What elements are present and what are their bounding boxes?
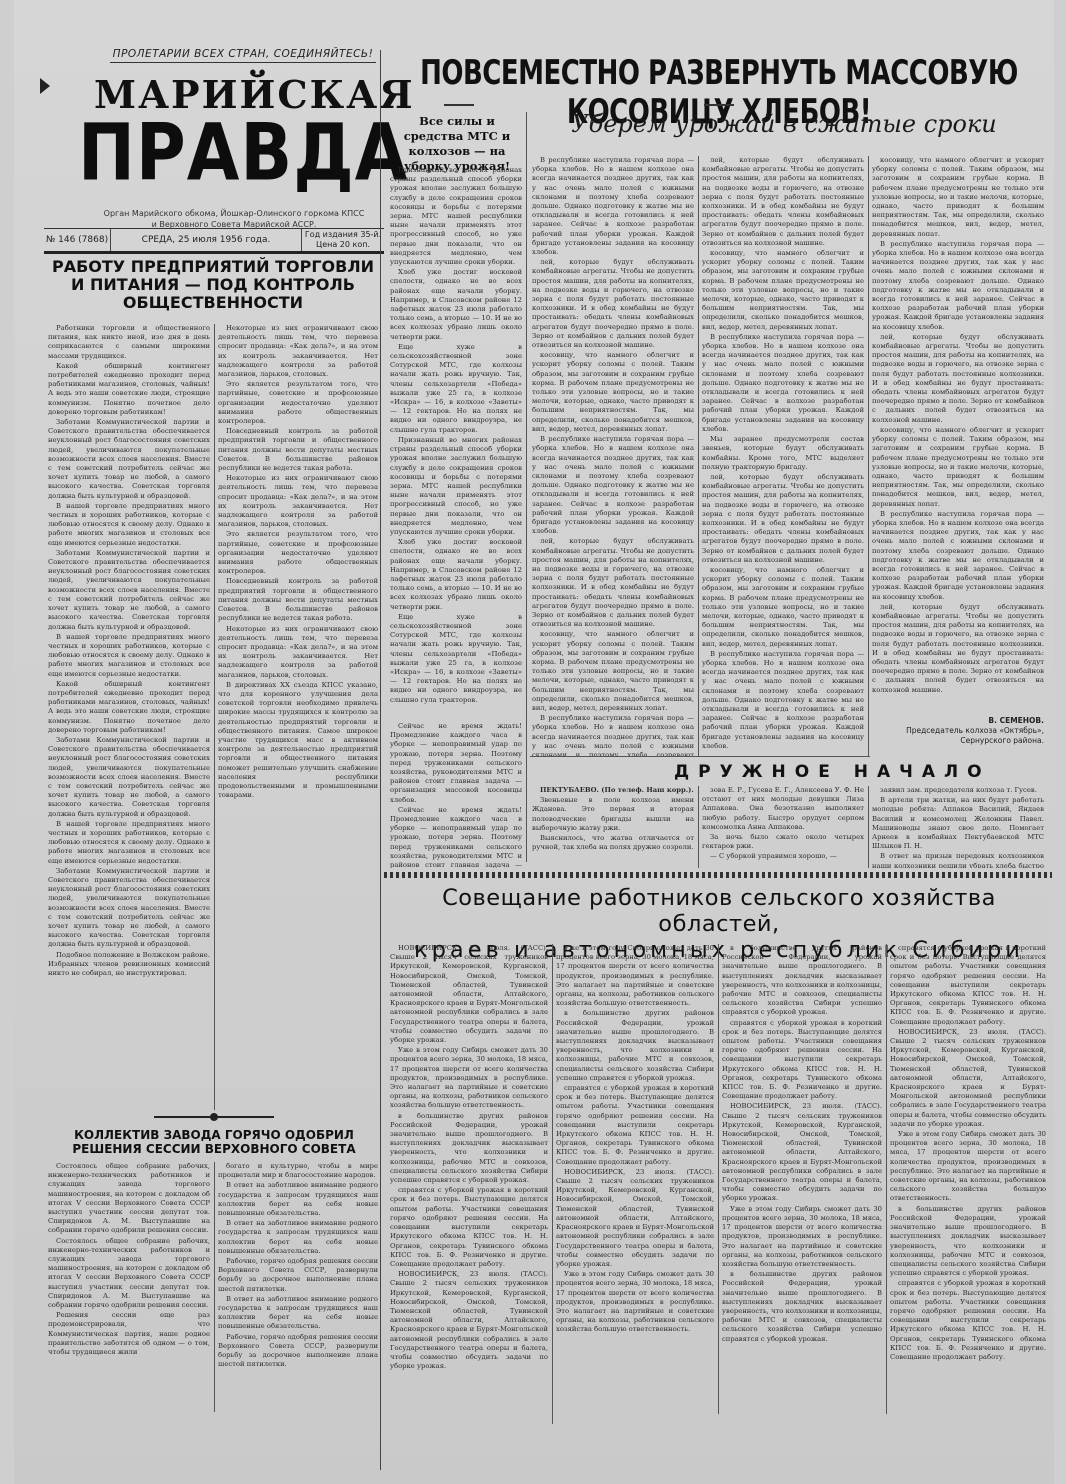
price: Цена 20 коп. [316, 240, 370, 250]
scan-blot [40, 78, 50, 94]
year-of-publication: Год издания 35-й. [305, 230, 381, 240]
druzhnoe-column-2: зова Е. Р., Гусева Е. Г., Алексеева У. Ф… [702, 786, 864, 868]
druzhnoe-headline: ДРУЖНОЕ НАЧАЛО [674, 762, 1044, 782]
ornament-divider [154, 1116, 274, 1118]
column-divider [698, 786, 699, 868]
column-divider [718, 944, 719, 1414]
trade-column-1: Работники торговли и общественного питан… [48, 324, 210, 1110]
wavy-rule [384, 872, 1052, 878]
lead-middle-text: Сейчас не время ждать! Промедление каждо… [390, 722, 522, 868]
lead-column-3: косовицу, что намного облегчит и ускорит… [872, 156, 1044, 712]
siberia-column-1: НОВОСИБИРСК, 23 июля. (ТАСС). Свыше 2 ты… [390, 944, 548, 1424]
siberia-column-4: справятся с уборкой урожая в короткий ср… [890, 944, 1046, 1414]
organ-line1: Орган Марийского обкома, Йошкар-Олинског… [74, 208, 394, 219]
column-divider [214, 1162, 215, 1412]
column-divider [886, 944, 887, 1414]
signature-name: В. СЕМЕНОВ. [874, 716, 1044, 726]
issue-number: № 146 (7868) [44, 229, 111, 251]
dash-divider [444, 104, 474, 106]
masthead-name-line2: ПРАВДА [78, 108, 388, 199]
issue-bar: № 146 (7868) СРЕДА, 25 июля 1956 года. Г… [44, 228, 384, 254]
druzhnoe-column-3: заявил зам. председателя колхоза т. Гусе… [872, 786, 1044, 868]
lead-sidebar-headline: Все силы и средства МТС и колхозов — на … [392, 114, 522, 174]
newspaper-page: ПРОЛЕТАРИИ ВСЕХ СТРАН, СОЕДИНЯЙТЕСЬ! МАР… [14, 0, 1054, 1484]
siberia-column-2: Уже в этом году Сибирь сможет дать 30 пр… [556, 944, 714, 1424]
trade-headline: РАБОТУ ПРЕДПРИЯТИЙ ТОРГОВЛИ И ПИТАНИЯ — … [48, 258, 378, 312]
lead-sidebar-text: Признанный во многих районах страны разд… [390, 166, 522, 720]
lead-signature: В. СЕМЕНОВ. Председатель колхоза «Октябр… [874, 716, 1044, 746]
lead-column-2: лей, которые будут обслуживать комбайнов… [702, 156, 864, 756]
lead-column-1: В республике наступила горячая пора — уб… [532, 156, 694, 756]
issue-date: СРЕДА, 25 июля 1956 года. [111, 229, 302, 251]
trade-column-2: Некоторые из них ограничивают свою деяте… [218, 324, 378, 1110]
siberia-column-3: в большинстве других районов Российской … [722, 944, 882, 1414]
lead-subheadline: Уберем урожай в сжатые сроки [534, 110, 1034, 138]
column-divider [868, 156, 869, 756]
masthead-slogan: ПРОЛЕТАРИИ ВСЕХ СТРАН, СОЕДИНЯЙТЕСЬ! [110, 48, 376, 63]
column-divider [698, 156, 699, 756]
column-divider [868, 786, 869, 868]
dash-divider [704, 104, 734, 106]
siberia-headline-line1: Совещание работников сельского хозяйства… [384, 885, 1054, 937]
masthead-organ: Орган Марийского обкома, Йошкар-Олинског… [74, 208, 394, 230]
issue-price-block: Год издания 35-й. Цена 20 коп. [302, 229, 384, 251]
column-divider [380, 50, 381, 1470]
column-divider [552, 944, 553, 1424]
column-divider [526, 112, 527, 862]
factory-column-1: Состоялось общее собрание рабочих, инжен… [48, 1162, 210, 1412]
signature-title: Председатель колхоза «Октябрь», Сернурск… [874, 726, 1044, 746]
factory-column-2: богато и культурно, чтобы в мире процвет… [218, 1162, 378, 1412]
druzhnoe-column-1: ПЕКТУБАЕВО. (По телеф. Наш корр.). Звень… [532, 786, 694, 868]
factory-headline: КОЛЛЕКТИВ ЗАВОДА ГОРЯЧО ОДОБРИЛ РЕШЕНИЯ … [54, 1128, 374, 1156]
section-rule [530, 756, 870, 757]
column-divider [214, 324, 215, 1110]
druzhnoe-dateline: ПЕКТУБАЕВО. (По телеф. Наш корр.). [532, 786, 694, 795]
